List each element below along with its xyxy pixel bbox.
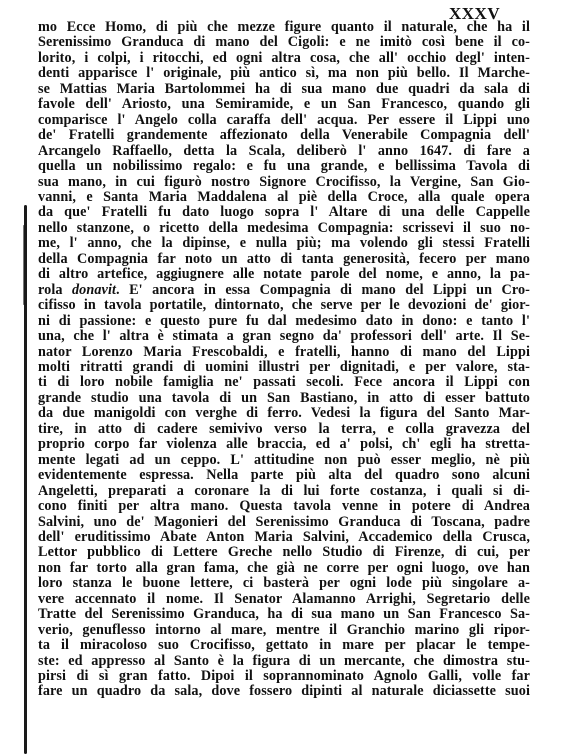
text-line: della Compagnia far noto un atto di tant…	[38, 252, 530, 267]
text-line: evidentemente espressa. Nella parte più …	[38, 468, 530, 483]
text-line: comparisce l' Angelo colla caraffa dell'…	[38, 113, 530, 128]
text-line: ste: ed appresso al Santo è la figura di…	[38, 654, 530, 669]
text-line: cifisso in tavola portatile, dintornato,…	[38, 298, 530, 313]
text-line: da que' Fratelli fu dato luogo sopra l' …	[38, 205, 530, 220]
text-line: mo Ecce Homo, di più che mezze figure qu…	[38, 20, 530, 35]
text-line: una, che l' altra è stimata a gran segno…	[38, 329, 530, 344]
text-line: molti ritratti grandi di uomini illustri…	[38, 360, 530, 375]
text-line: cono finiti per altra mano. Questa tavol…	[38, 499, 530, 514]
text-line: nator Lorenzo Maria Frescobaldi, e frate…	[38, 345, 530, 360]
text-line: pirsi di sì gran fatto. Dipoi il soprann…	[38, 669, 530, 684]
body-text: mo Ecce Homo, di più che mezze figure qu…	[38, 20, 530, 700]
text-line: grande studio una tavola di un San Basti…	[38, 391, 530, 406]
text-line: lorito, i colpi, i ritocchi, ed ogni alt…	[38, 51, 530, 66]
text-line: se Mattias Maria Bartolommei ha di sua m…	[38, 82, 530, 97]
text-line: Salvini, uno de' Magonieri del Serenissi…	[38, 515, 530, 530]
text-line: Lettor pubblico di Lettere Greche nello …	[38, 545, 530, 560]
text-line: da due manigoldi con verghe di ferro. Ve…	[38, 406, 530, 421]
text-line: Tratte del Serenissimo Granduca, ha di s…	[38, 607, 530, 622]
text-line: favole dell' Ariosto, una Semiramide, e …	[38, 97, 530, 112]
text-line: dell' eruditissimo Abate Anton Maria Sal…	[38, 530, 530, 545]
text-line: proprio corpo far violenza alle braccia,…	[38, 437, 530, 452]
text-line: vere accennato il nome. Il Senator Alama…	[38, 592, 530, 607]
italic-word: donavit	[72, 282, 116, 298]
text-line: de' Fratelli grandemente affezionato del…	[38, 128, 530, 143]
text-line: denti apparisce l' originale, più antico…	[38, 66, 530, 81]
text-line: mente legati ad un ceppo. L' attitudine …	[38, 453, 530, 468]
text-line: tire, in atto di cadere semivivo verso l…	[38, 422, 530, 437]
text-line: ni di passione: e questo pure fu dal med…	[38, 314, 530, 329]
text-line: Arcangelo Raffaello, detta la Scala, del…	[38, 144, 530, 159]
text-line: sua mano, in cui figurò nostro Signore C…	[38, 175, 530, 190]
text-line: Angeletti, preparati a coronare la di lu…	[38, 484, 530, 499]
text-line: loro stanza le buone lettere, ci basterà…	[38, 576, 530, 591]
text-line: verio, genuflesso intorno al mare, mentr…	[38, 623, 530, 638]
text-line: quella un nobilissimo regalo: e fu una g…	[38, 159, 530, 174]
text-line: me, l' anno, che la dipinse, e nulla più…	[38, 236, 530, 251]
text-segment: . E' ancora in essa Compagnia di mano de…	[116, 282, 530, 298]
text-line: di altro artefice, aggiugnere alle notat…	[38, 267, 530, 282]
text-line: non far torto alla gran fama, che già ne…	[38, 561, 530, 576]
text-segment: rola	[38, 282, 72, 298]
text-line: ta il miracoloso suo Crocifisso, gettato…	[38, 638, 530, 653]
text-line: vanni, e Santa Maria Maddalena al piè de…	[38, 190, 530, 205]
text-line: fare un quadro da sala, dove fossero dip…	[38, 684, 530, 699]
text-line: Serenissimo Granduca di mano del Cigoli:…	[38, 35, 530, 50]
text-line: ti di loro nobile famiglia ne' passati s…	[38, 375, 530, 390]
binding-edge	[24, 205, 27, 754]
text-line: nello stanzone, o ricetto della medesima…	[38, 221, 530, 236]
text-line: rola donavit. E' ancora in essa Compagni…	[38, 283, 530, 298]
